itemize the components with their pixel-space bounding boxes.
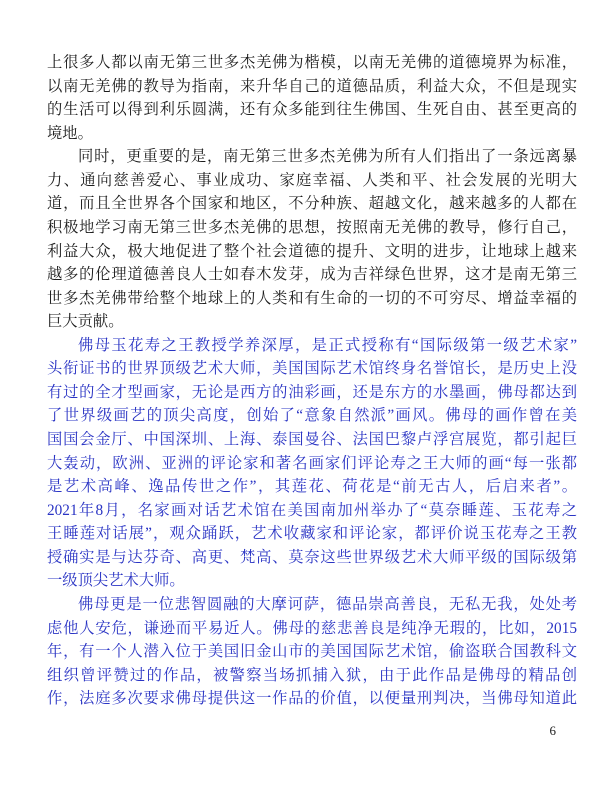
text-line: 授确实是与达芬奇、高更、梵高、莫奈这些世界级艺术大师平级的国际级第: [47, 546, 577, 570]
text-line: 越多的伦理道德善良人士如春木发芽，成为吉祥绿色世界，这才是南无第三: [47, 263, 577, 287]
text-line: 力、通向慈善爱心、事业成功、家庭幸福、人类和平、社会发展的光明大: [47, 169, 577, 193]
paragraph-4: 佛母更是一位悲智圆融的大摩诃萨，德品崇高善良，无私无我，处处考虑他人安危，谦逊而…: [47, 593, 577, 711]
text-line: 组织曾评赞过的作品，被警察当场抓捕入狱，由于此作品是佛母的精品创: [47, 664, 577, 688]
text-line: 上很多人都以南无第三世多杰羌佛为楷模，以南无羌佛的道德境界为标准，: [47, 51, 577, 75]
text-line: 虑他人安危，谦逊而平易近人。佛母的慈悲善良是纯净无瑕的，比如，2015: [47, 617, 577, 641]
page-number: 6: [0, 723, 556, 739]
text-line: 利益大众，极大地促进了整个社会道德的提升、文明的进步，让地球上越来: [47, 240, 577, 264]
text-line: 头衔证书的世界顶级艺术大师，美国国际艺术馆终身名誉馆长，是历史上没: [47, 357, 577, 381]
text-line: 道，而且全世界各个国家和地区，不分种族、超越文化，越来越多的人都在: [47, 192, 577, 216]
text-line: 是艺术高峰、逸品传世之作”，其莲花、荷花是“前无古人，后启来者”。: [47, 475, 577, 499]
text-line: 王睡莲对话展”，观众踊跃，艺术收藏家和评论家，都评价说玉花寿之王教: [47, 522, 577, 546]
paragraph-2: 同时，更重要的是，南无第三世多杰羌佛为所有人们指出了一条远离暴力、通向慈善爱心、…: [47, 145, 577, 334]
text-line: 积极地学习南无第三世多杰羌佛的思想，按照南无羌佛的教导，修行自己，: [47, 216, 577, 240]
paragraph-3: 佛母玉花寿之王教授学养深厚，是正式授称有“国际级第一级艺术家”头衔证书的世界顶级…: [47, 334, 577, 593]
text-line: 佛母更是一位悲智圆融的大摩诃萨，德品崇高善良，无私无我，处处考: [47, 593, 577, 617]
document-page: 上很多人都以南无第三世多杰羌佛为楷模，以南无羌佛的道德境界为标准，以南无羌佛的教…: [0, 0, 612, 792]
text-line: 一级顶尖艺术大师。: [47, 569, 577, 593]
paragraph-1: 上很多人都以南无第三世多杰羌佛为楷模，以南无羌佛的道德境界为标准，以南无羌佛的教…: [47, 51, 577, 145]
text-line: 国国会金厅、中国深圳、上海、泰国曼谷、法国巴黎卢浮宫展览，都引起巨: [47, 428, 577, 452]
text-line: 的生活可以得到利乐圆满，还有众多能到往生佛国、生死自由、甚至更高的: [47, 98, 577, 122]
text-line: 大轰动，欧洲、亚洲的评论家和著名画家们评论寿之王大师的画“每一张都: [47, 452, 577, 476]
document-body: 上很多人都以南无第三世多杰羌佛为楷模，以南无羌佛的道德境界为标准，以南无羌佛的教…: [47, 51, 577, 711]
text-line: 世多杰羌佛带给整个地球上的人类和有生命的一切的不可穷尽、增益幸福的: [47, 287, 577, 311]
text-line: 了世界级画艺的顶尖高度，创始了“意象自然派”画风。佛母的画作曾在美: [47, 404, 577, 428]
text-line: 同时，更重要的是，南无第三世多杰羌佛为所有人们指出了一条远离暴: [47, 145, 577, 169]
text-line: 2021年8月，名家画对话艺术馆在美国南加州举办了“莫奈睡莲、玉花寿之: [47, 499, 577, 523]
text-line: 作，法庭多次要求佛母提供这一作品的价值，以便量刑判决，当佛母知道此: [47, 687, 577, 711]
text-line: 以南无羌佛的教导为指南，来升华自己的道德品质，利益大众，不但是现实: [47, 75, 577, 99]
text-line: 巨大贡献。: [47, 310, 577, 334]
text-line: 境地。: [47, 122, 577, 146]
text-line: 有过的全才型画家，无论是西方的油彩画，还是东方的水墨画，佛母都达到: [47, 381, 577, 405]
text-line: 年，有一个人潜入位于美国旧金山市的美国国际艺术馆，偷盗联合国教科文: [47, 640, 577, 664]
text-line: 佛母玉花寿之王教授学养深厚，是正式授称有“国际级第一级艺术家”: [47, 334, 577, 358]
